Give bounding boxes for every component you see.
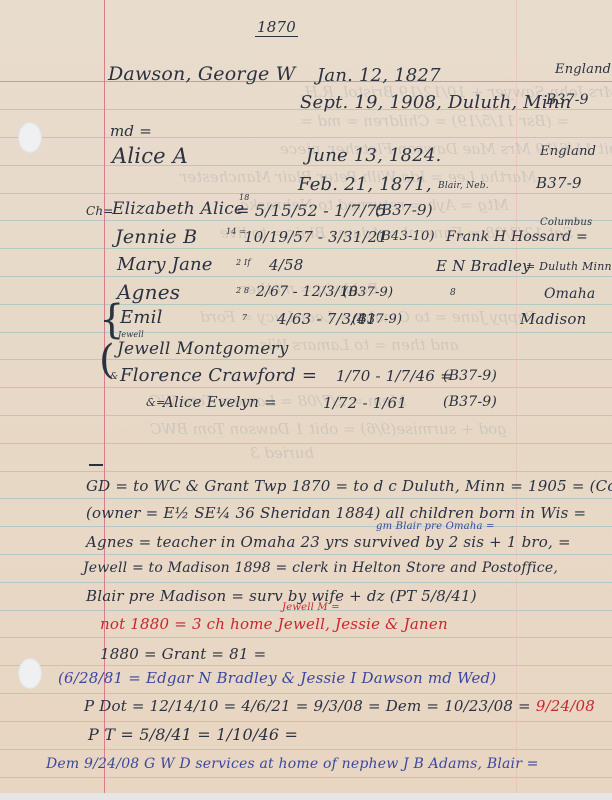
year-heading: 1870: [255, 18, 298, 37]
child-ref: (B37-9): [443, 394, 497, 410]
child-place: Columbus: [540, 217, 592, 228]
child-place: Madison: [520, 310, 587, 328]
note-line: 1880 = Grant = 81 =: [100, 645, 266, 663]
child-name: Emil: [120, 307, 163, 328]
child-spouse: Frank H Hossard =: [446, 229, 588, 245]
child-ref: (B37-9): [375, 201, 433, 219]
ruled-line: [0, 387, 612, 388]
note-line: GD = to WC & Grant Twp 1870 = to d c Dul…: [86, 477, 612, 495]
note-line: (owner = E½ SE¼ 36 Sheridan 1884) all ch…: [86, 504, 586, 522]
note-line: Agnes = teacher in Omaha 23 yrs survived…: [86, 533, 571, 551]
note-insert: Jewell M =: [282, 602, 340, 613]
ruled-line: [0, 415, 612, 416]
spouse-name: Alice A: [112, 144, 188, 168]
child-dates: 10/19/57 - 3/31/21: [244, 228, 387, 246]
ruled-line: [0, 359, 612, 360]
child-name: Jewell Montgomery: [117, 339, 289, 359]
child-ref: (B37-9): [443, 368, 497, 384]
ruled-line: [0, 637, 612, 638]
child-name: Mary Jane: [117, 254, 213, 275]
ruled-line: [0, 526, 612, 527]
notebook-page: + Mrs John Sawyer + 10/12/19 Bristol, R.…: [0, 0, 612, 793]
note-red-date: 9/24/08: [536, 697, 595, 715]
child-age: 2 8: [236, 286, 249, 295]
bleed-through-text: and then = to Lamars Wis: [260, 336, 459, 354]
child-name: Agnes: [117, 280, 180, 304]
bleed-through-text: = (Bsr 11/5/19) = Children = md =: [300, 112, 569, 130]
child-dates: = 5/15/52 - 1/7/75: [236, 201, 387, 220]
child-ref: (B37-9): [352, 312, 402, 327]
ruled-line: [0, 554, 612, 555]
ruled-line: [0, 304, 612, 305]
ruled-line: [0, 220, 612, 221]
punch-hole: [18, 122, 42, 153]
note-line: Jewell = to Madison 1898 = clerk in Helt…: [83, 560, 558, 576]
child-place: = Duluth Minn: [526, 260, 612, 273]
child-dates: 4/58: [269, 256, 303, 274]
note-line: not 1880 = 3 ch home Jewell, Jessie & Ja…: [100, 615, 448, 633]
spouse-death-place: Blair, Neb.: [438, 181, 489, 191]
spouse-birth: June 13, 1824.: [306, 145, 441, 166]
ruled-line: [0, 471, 612, 472]
punch-hole: [18, 658, 42, 689]
ruled-line: [0, 777, 612, 778]
head-birth: Jan. 12, 1827: [317, 65, 441, 86]
ruled-line: [0, 749, 612, 750]
ruled-line: [0, 81, 612, 82]
head-birth-place: England: [555, 62, 611, 77]
child-spouse: E N Bradley: [436, 257, 531, 275]
note-line: (6/28/81 = Edgar N Bradley & Jessie I Da…: [58, 669, 496, 687]
child-dates: 1/70 - 1/7/46 =: [336, 367, 453, 385]
child-age: 7: [242, 313, 247, 322]
note-insert: gm Blair pre Omaha =: [376, 521, 495, 532]
ruled-line: [0, 582, 612, 583]
child-name: Elizabeth Alice: [112, 199, 244, 219]
child-name-note: Jewell: [118, 330, 144, 339]
spouse-death-ref: B37-9: [536, 174, 582, 192]
note-line: P T = 5/8/41 = 1/10/46 =: [88, 725, 298, 744]
bleed-through-text: buried 3: [250, 444, 314, 462]
children-label: Ch=: [86, 204, 114, 218]
child-ref: (B43-10): [376, 229, 435, 244]
ruled-line: [0, 137, 612, 138]
note-line: P Dot = 12/14/10 = 4/6/21 = 9/3/08 = Dem…: [84, 696, 595, 715]
child-age: 2 If: [236, 258, 251, 267]
ruled-line: [0, 721, 612, 722]
married-label: md =: [110, 122, 152, 140]
spouse-birth-place: England: [540, 144, 596, 159]
child-dates: 1/72 - 1/61: [323, 394, 407, 412]
child-note: 8: [450, 288, 456, 298]
child-name: Alice Evelyn =: [163, 393, 277, 411]
head-death: Sept. 19, 1908, Duluth, Minn: [300, 92, 571, 113]
child-place: Omaha: [544, 286, 595, 302]
ruled-line: [0, 332, 612, 333]
ruled-line: [0, 693, 612, 694]
head-name: Dawson, George W: [108, 63, 295, 85]
child-name: Jennie B: [115, 226, 197, 248]
ruled-line: [0, 665, 612, 666]
ruled-line: [0, 248, 612, 249]
spouse-death: Feb. 21, 1871,: [298, 174, 432, 195]
child-name: Florence Crawford =: [120, 365, 317, 386]
ruled-line: [0, 276, 612, 277]
ruled-line: [0, 498, 612, 499]
child-ref: (B37-9): [343, 285, 393, 300]
note-text: P Dot = 12/14/10 = 4/6/21 = 9/3/08 = Dem…: [84, 697, 536, 715]
head-death-ref: B37-9: [546, 92, 589, 108]
note-line: Dem 9/24/08 G W D services at home of ne…: [46, 756, 539, 772]
separator-dash: [89, 464, 103, 466]
scan-background-strip: [0, 793, 612, 800]
child-prefix: &: [110, 372, 118, 382]
bleed-through-text: god + surmise(9/6) = obit 1 Dawson Tom B…: [150, 420, 507, 438]
